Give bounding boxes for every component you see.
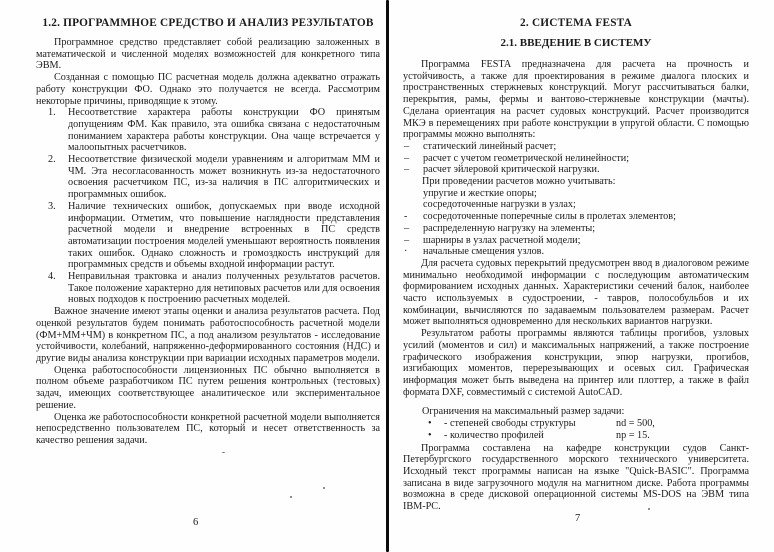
list-item: 3. Наличие технических ошибок, допускаем… bbox=[36, 201, 380, 271]
list-item: - сосредоточенные поперечные силы в прол… bbox=[403, 211, 749, 223]
list-item: 2. Несоответствие физической модели урав… bbox=[36, 154, 380, 201]
list-item: – статический линейный расчет; bbox=[403, 141, 749, 153]
capabilities-list: – статический линейный расчет; – расчет … bbox=[403, 141, 749, 176]
paragraph: Созданная с помощью ПС расчетная модель … bbox=[36, 72, 380, 107]
list-item: 4. Неправильная трактовка и анализ получ… bbox=[36, 271, 380, 306]
paragraph: Программное средство представляет собой … bbox=[36, 37, 380, 72]
left-page: 1.2. ПРОГРАММНОЕ СРЕДСТВО И АНАЛИЗ РЕЗУЛ… bbox=[36, 0, 380, 447]
limit-value: np = 15. bbox=[616, 430, 749, 442]
scan-speck bbox=[648, 508, 650, 510]
paragraph: Программа FESTA предназначена для расчет… bbox=[403, 59, 749, 141]
section-subheading-right: 2.1. ВВЕДЕНИЕ В СИСТЕМУ bbox=[403, 37, 749, 50]
dash-marker: · bbox=[403, 246, 423, 258]
list-item: упругие и жесткие опоры; bbox=[403, 188, 749, 200]
scan-speck bbox=[668, 77, 670, 79]
paragraph: Результатом работы программы являются та… bbox=[403, 328, 749, 398]
limit-value: nd = 500, bbox=[616, 418, 749, 430]
paragraph: Программа составлена на кафедре конструк… bbox=[403, 443, 749, 513]
list-item-number: 1. bbox=[48, 107, 68, 154]
paragraph: Важное значение имеют этапы оценки и ана… bbox=[36, 306, 380, 365]
list-item-text: распределенную нагрузку на элементы; bbox=[423, 223, 749, 235]
list-item-text: начальные смещения узлов. bbox=[423, 246, 749, 258]
considerations-header: При проведении расчетов можно учитывать: bbox=[403, 176, 749, 188]
scan-speck bbox=[323, 487, 325, 489]
list-item-number: 2. bbox=[48, 154, 68, 201]
list-item-text: статический линейный расчет; bbox=[423, 141, 749, 153]
list-item: – расчет с учетом геометрической нелиней… bbox=[403, 153, 749, 165]
list-item-text: сосредоточенные поперечные силы в пролет… bbox=[423, 211, 749, 223]
list-item-text: расчет эйлеровой критической нагрузки. bbox=[423, 164, 749, 176]
list-item-text: сосредоточенные нагрузки в узлах; bbox=[423, 199, 749, 211]
list-item: · начальные смещения узлов. bbox=[403, 246, 749, 258]
book-spread: 1.2. ПРОГРАММНОЕ СРЕДСТВО И АНАЛИЗ РЕЗУЛ… bbox=[0, 0, 774, 552]
list-item-number: 4. bbox=[48, 271, 68, 306]
list-item-text: Несоответствие характера работы конструк… bbox=[68, 107, 380, 154]
section-heading-right: 2. СИСТЕМА FESTA bbox=[403, 17, 749, 30]
section-heading-left: 1.2. ПРОГРАММНОЕ СРЕДСТВО И АНАЛИЗ РЕЗУЛ… bbox=[36, 17, 380, 30]
list-item-number: 3. bbox=[48, 201, 68, 271]
numbered-list: 1. Несоответствие характера работы конст… bbox=[36, 107, 380, 306]
dash-marker: – bbox=[403, 235, 423, 247]
limit-row: • - степеней свободы структуры nd = 500, bbox=[403, 418, 749, 430]
list-item: – расчет эйлеровой критической нагрузки. bbox=[403, 164, 749, 176]
book-gutter bbox=[386, 0, 389, 552]
limits-header: Ограничения на максимальный размер задач… bbox=[403, 406, 749, 418]
paragraph: Для расчета судовых перекрытий предусмот… bbox=[403, 258, 749, 328]
list-item-text: Несоответствие физической модели уравнен… bbox=[68, 154, 380, 201]
dash-marker bbox=[403, 199, 423, 211]
page-number-left: 6 bbox=[193, 517, 198, 528]
list-item: 1. Несоответствие характера работы конст… bbox=[36, 107, 380, 154]
bullet-icon: • bbox=[428, 430, 444, 442]
limits-section: Ограничения на максимальный размер задач… bbox=[403, 406, 749, 442]
dash-marker: – bbox=[403, 223, 423, 235]
scan-speck bbox=[705, 76, 707, 78]
page-number-right: 7 bbox=[575, 513, 580, 524]
dash-marker: – bbox=[403, 141, 423, 153]
right-page: 2. СИСТЕМА FESTA 2.1. ВВЕДЕНИЕ В СИСТЕМУ… bbox=[403, 0, 749, 513]
paragraph: Оценка работоспособности лицензионных ПС… bbox=[36, 365, 380, 412]
limit-label: - степеней свободы структуры bbox=[444, 418, 616, 430]
list-item-text: упругие и жесткие опоры; bbox=[423, 188, 749, 200]
paragraph: Оценка же работоспособности конкретной р… bbox=[36, 412, 380, 447]
dash-marker: - bbox=[403, 211, 423, 223]
scan-speck bbox=[222, 452, 225, 453]
bullet-icon: • bbox=[428, 418, 444, 430]
list-item: сосредоточенные нагрузки в узлах; bbox=[403, 199, 749, 211]
limit-row: • - количество профилей np = 15. bbox=[403, 430, 749, 442]
list-item: – шарниры в узлах расчетной модели; bbox=[403, 235, 749, 247]
list-item-text: расчет с учетом геометрической нелинейно… bbox=[423, 153, 749, 165]
list-item-text: Неправильная трактовка и анализ полученн… bbox=[68, 271, 380, 306]
list-item: – распределенную нагрузку на элементы; bbox=[403, 223, 749, 235]
scan-speck bbox=[290, 496, 292, 498]
dash-marker: – bbox=[403, 164, 423, 176]
dash-marker: – bbox=[403, 153, 423, 165]
limit-label: - количество профилей bbox=[444, 430, 616, 442]
list-item-text: Наличие технических ошибок, допускаемых … bbox=[68, 201, 380, 271]
list-item-text: шарниры в узлах расчетной модели; bbox=[423, 235, 749, 247]
considerations-list: При проведении расчетов можно учитывать:… bbox=[403, 176, 749, 258]
dash-marker bbox=[403, 188, 423, 200]
